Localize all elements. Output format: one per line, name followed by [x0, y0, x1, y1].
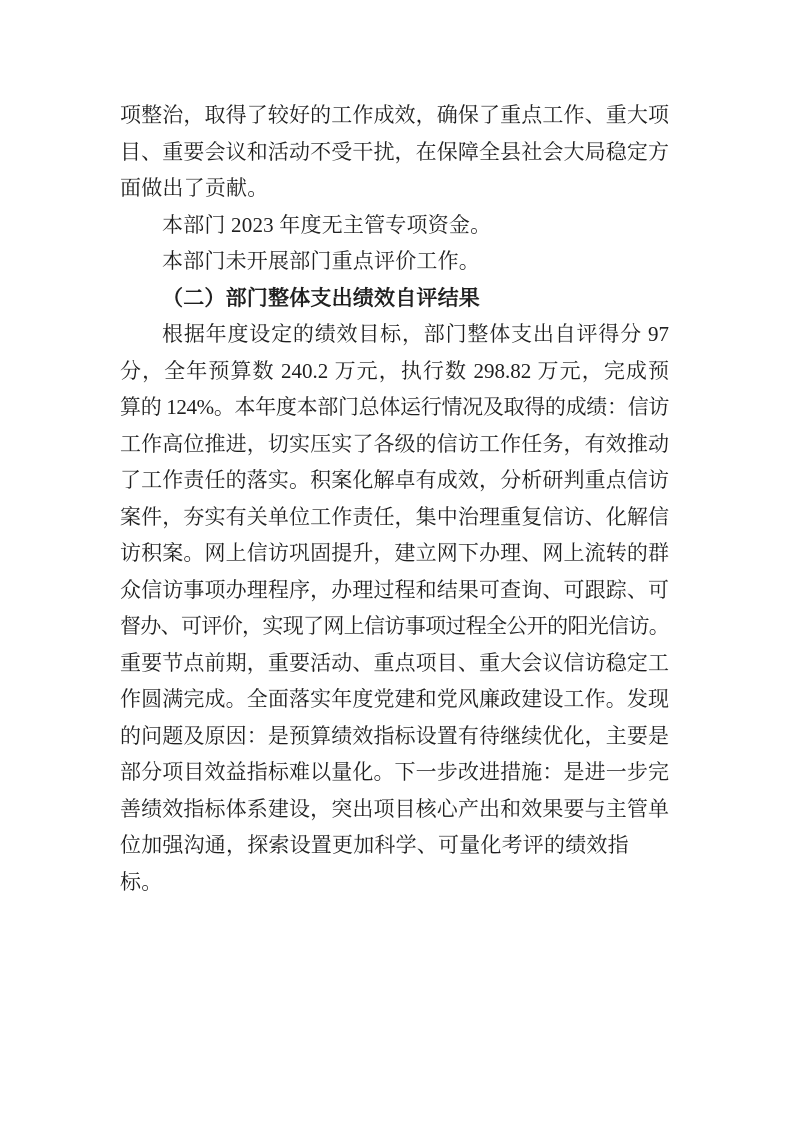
- text-line: 本部门 2023 年度无主管专项资金。: [120, 207, 669, 244]
- text-line: 位加强沟通，探索设置更加科学、可量化考评的绩效指标。: [120, 827, 669, 864]
- section-heading-text: （二）部门整体支出绩效自评结果: [120, 280, 669, 317]
- document-page: 项整治，取得了较好的工作成效，确保了重点工作、重大项 目、重要会议和活动不受干扰…: [0, 0, 793, 1122]
- text-line: 众信访事项办理程序，办理过程和结果可查询、可跟踪、可: [120, 572, 669, 609]
- text-line: 部分项目效益指标难以量化。下一步改进措施：是进一步完: [120, 754, 669, 791]
- text-line: 根据年度设定的绩效目标，部门整体支出自评得分 97: [120, 316, 669, 353]
- paragraph-no-special-funds: 本部门 2023 年度无主管专项资金。: [120, 207, 669, 244]
- text-line: 目、重要会议和活动不受干扰，在保障全县社会大局稳定方: [120, 134, 669, 171]
- text-line: 算的 124%。本年度本部门总体运行情况及取得的成绩：信访: [120, 389, 669, 426]
- text-line: 面做出了贡献。: [120, 170, 669, 207]
- text-line: 的问题及原因：是预算绩效指标设置有待继续优化，主要是: [120, 718, 669, 755]
- paragraph-no-key-evaluation: 本部门未开展部门重点评价工作。: [120, 243, 669, 280]
- text-line: 访积案。网上信访巩固提升，建立网下办理、网上流转的群: [120, 535, 669, 572]
- text-line: 分，全年预算数 240.2 万元，执行数 298.82 万元，完成预: [120, 353, 669, 390]
- text-line: 工作高位推进，切实压实了各级的信访工作任务，有效推动: [120, 426, 669, 463]
- text-line: 作圆满完成。全面落实年度党建和党风廉政建设工作。发现: [120, 681, 669, 718]
- section-heading: （二）部门整体支出绩效自评结果: [120, 280, 669, 317]
- text-line: 重要节点前期，重要活动、重点项目、重大会议信访稳定工: [120, 645, 669, 682]
- text-line: 案件，夯实有关单位工作责任，集中治理重复信访、化解信: [120, 499, 669, 536]
- text-line: 了工作责任的落实。积案化解卓有成效，分析研判重点信访: [120, 462, 669, 499]
- text-line: 督办、可评价，实现了网上信访事项过程全公开的阳光信访。: [120, 608, 669, 645]
- text-line: 本部门未开展部门重点评价工作。: [120, 243, 669, 280]
- paragraph-self-evaluation-result: 根据年度设定的绩效目标，部门整体支出自评得分 97 分，全年预算数 240.2 …: [120, 316, 669, 864]
- text-line: 善绩效指标体系建设，突出项目核心产出和效果要与主管单: [120, 791, 669, 828]
- text-line: 项整治，取得了较好的工作成效，确保了重点工作、重大项: [120, 97, 669, 134]
- paragraph-continued: 项整治，取得了较好的工作成效，确保了重点工作、重大项 目、重要会议和活动不受干扰…: [120, 97, 669, 207]
- document-text-block: 项整治，取得了较好的工作成效，确保了重点工作、重大项 目、重要会议和活动不受干扰…: [120, 97, 669, 864]
